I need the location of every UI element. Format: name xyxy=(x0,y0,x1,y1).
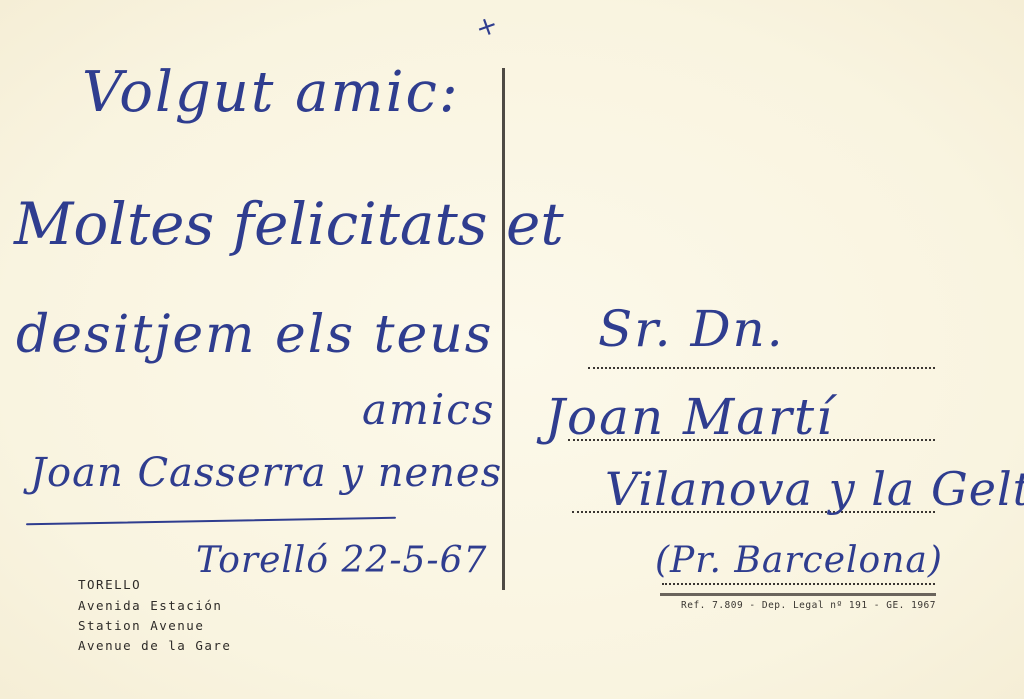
address-name: Joan Martí xyxy=(545,388,834,446)
caption-line-en: Station Avenue xyxy=(78,618,204,633)
address-province: (Pr. Barcelona) xyxy=(655,540,943,581)
message-line-2: desitjem els teus xyxy=(16,305,493,365)
signature: Joan Casserra y nenes xyxy=(30,450,502,496)
address-base-bar xyxy=(660,593,936,596)
caption-title: TORELLO xyxy=(78,577,141,592)
message-line-3: amics xyxy=(362,385,495,434)
address-dotted-line-4 xyxy=(662,583,935,585)
place-date: Torelló 22-5-67 xyxy=(196,540,487,581)
signature-underline xyxy=(26,517,396,525)
reference-text: Ref. 7.809 - Dep. Legal nº 191 - GE. 196… xyxy=(681,600,936,611)
caption-line-es: Avenida Estación xyxy=(78,598,222,613)
greeting: Volgut amic: xyxy=(82,60,460,125)
address-title: Sr. Dn. xyxy=(598,300,785,358)
center-divider xyxy=(502,68,505,590)
cross-mark: + xyxy=(472,9,503,45)
message-line-1: Moltes felicitats et xyxy=(14,190,564,258)
caption-line-fr: Avenue de la Gare xyxy=(78,638,231,653)
postcard-back: + Volgut amic: Moltes felicitats et desi… xyxy=(0,0,1024,699)
address-dotted-line-1 xyxy=(588,367,935,369)
address-city: Vilanova y la Geltrú xyxy=(605,462,1024,516)
